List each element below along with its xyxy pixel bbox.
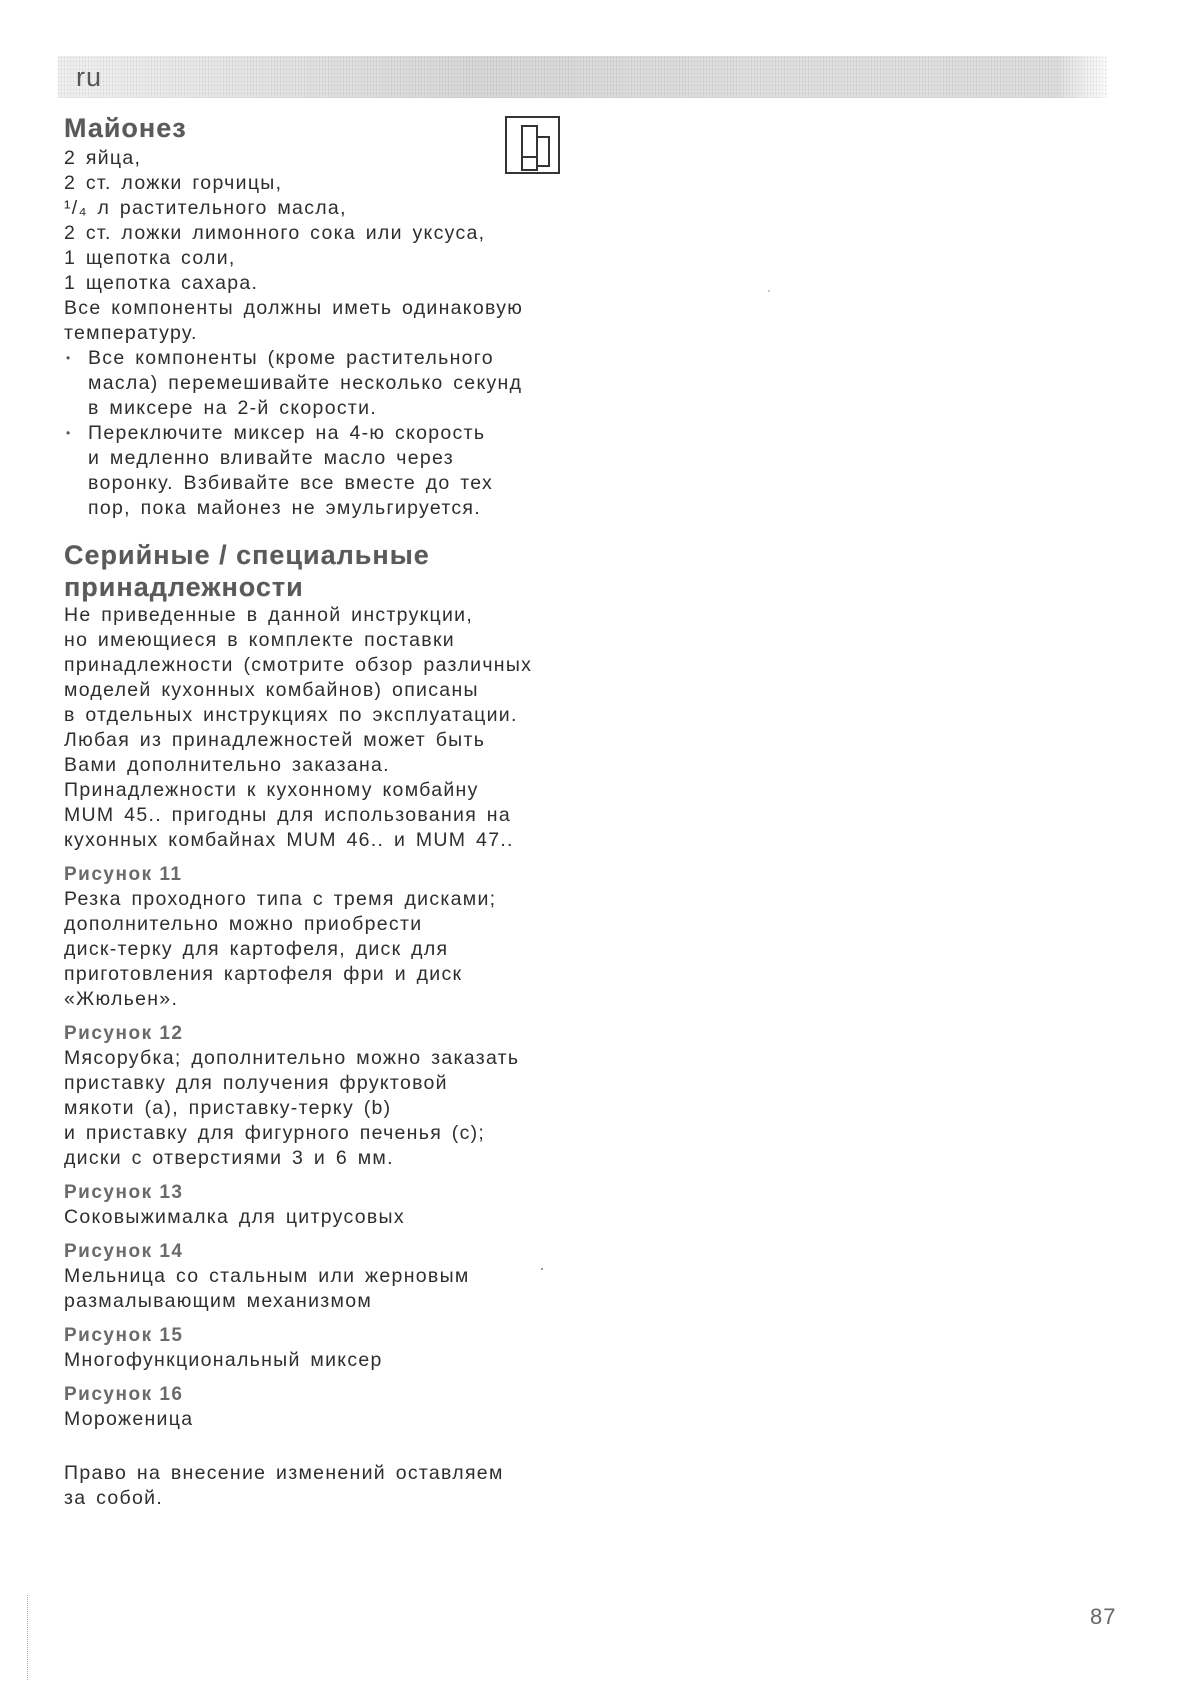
intro-line: MUM 45.. пригодны для использования на [64,803,584,828]
page-number: 87 [1090,1604,1116,1630]
figure-text: дополнительно можно приобрести [64,912,584,937]
step-list: • Все компоненты (кроме растительного ма… [64,346,584,521]
ingredient-list: 2 яйца, 2 ст. ложки горчицы, ¹/₄ л расти… [64,146,584,296]
section-title-mayonnaise: Майонез [64,112,584,144]
step-item: • Переключите миксер на 4-ю скорость и м… [64,421,584,521]
step-line: Переключите миксер на 4-ю скорость [88,421,584,446]
intro-line: принадлежности (смотрите обзор различных [64,653,584,678]
bullet-icon: • [66,421,72,446]
step-line: воронку. Взбивайте все вместе до тех [88,471,584,496]
figure-entry: Рисунок 12 Мясорубка; дополнительно можн… [64,1021,584,1171]
figure-text: Мороженица [64,1407,584,1432]
figure-text: приготовления картофеля фри и диск [64,962,584,987]
figure-text: Мясорубка; дополнительно можно заказать [64,1046,584,1071]
notice-line: за собой. [64,1486,584,1511]
figure-label: Рисунок 11 [64,862,584,887]
ingredient-item: 2 яйца, [64,146,584,171]
figure-entry: Рисунок 16 Мороженица [64,1382,584,1432]
section-title-accessories: Серийные / специальные [64,539,584,571]
header-band [58,56,1108,98]
figure-text: Многофункциональный миксер [64,1348,584,1373]
scan-speck [768,290,770,292]
figure-entry: Рисунок 11 Резка проходного типа с тремя… [64,862,584,1012]
figure-text: диск-терку для картофеля, диск для [64,937,584,962]
ingredient-item: 1 щепотка сахара. [64,271,584,296]
figure-label: Рисунок 13 [64,1180,584,1205]
figure-text: «Жюльен». [64,987,584,1012]
main-column: Майонез 2 яйца, 2 ст. ложки горчицы, ¹/₄… [64,112,584,1511]
figure-label: Рисунок 15 [64,1323,584,1348]
figure-label: Рисунок 12 [64,1021,584,1046]
figure-label: Рисунок 16 [64,1382,584,1407]
accessories-section: Серийные / специальные принадлежности Не… [64,539,584,1511]
ingredient-item: 2 ст. ложки горчицы, [64,171,584,196]
intro-line: моделей кухонных комбайнов) описаны [64,678,584,703]
ingredient-item: 1 щепотка соли, [64,246,584,271]
step-line: Все компоненты (кроме растительного [88,346,584,371]
intro-line: Любая из принадлежностей может быть [64,728,584,753]
notice-line: Право на внесение изменений оставляем [64,1461,584,1486]
figure-text: приставку для получения фруктовой [64,1071,584,1096]
figure-entry: Рисунок 14 Мельница со стальным или жерн… [64,1239,584,1314]
step-line: и медленно вливайте масло через [88,446,584,471]
intro-line: Принадлежности к кухонному комбайну [64,778,584,803]
temperature-note: температуру. [64,321,584,346]
margin-mark [27,1595,28,1680]
section-title-accessories: принадлежности [64,571,584,603]
language-code: ru [76,62,102,93]
step-item: • Все компоненты (кроме растительного ма… [64,346,584,421]
ingredient-item: 2 ст. ложки лимонного сока или уксуса, [64,221,584,246]
step-line: пор, пока майонез не эмульгируется. [88,496,584,521]
figure-text: размалывающим механизмом [64,1289,584,1314]
step-line: масла) перемешивайте несколько секунд [88,371,584,396]
scan-speck [541,1268,543,1270]
rights-notice: Право на внесение изменений оставляем за… [64,1461,584,1511]
figure-text: и приставку для фигурного печенья (c); [64,1121,584,1146]
figure-entry: Рисунок 13 Соковыжималка для цитрусовых [64,1180,584,1230]
figure-text: диски с отверстиями 3 и 6 мм. [64,1146,584,1171]
ingredient-item: ¹/₄ л растительного масла, [64,196,584,221]
intro-line: Не приведенные в данной инструкции, [64,603,584,628]
figure-text: Соковыжималка для цитрусовых [64,1205,584,1230]
step-line: в миксере на 2-й скорости. [88,396,584,421]
figure-label: Рисунок 14 [64,1239,584,1264]
bullet-icon: • [66,346,72,371]
figure-text: мякоти (a), приставку-терку (b) [64,1096,584,1121]
temperature-note: Все компоненты должны иметь одинаковую [64,296,584,321]
figure-text: Мельница со стальным или жерновым [64,1264,584,1289]
intro-line: в отдельных инструкциях по эксплуатации. [64,703,584,728]
intro-line: кухонных комбайнах MUM 46.. и MUM 47.. [64,828,584,853]
figure-text: Резка проходного типа с тремя дисками; [64,887,584,912]
intro-line: но имеющиеся в комплекте поставки [64,628,584,653]
intro-line: Вами дополнительно заказана. [64,753,584,778]
figure-entry: Рисунок 15 Многофункциональный миксер [64,1323,584,1373]
